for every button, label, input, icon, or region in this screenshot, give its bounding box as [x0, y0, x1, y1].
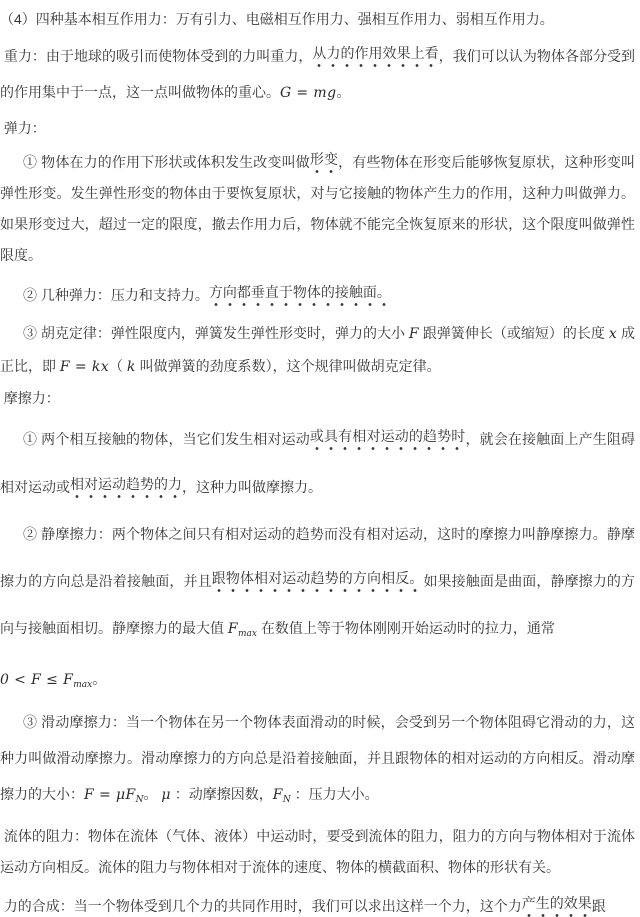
emphasized-text: 方向都垂直于物体的接触面。 — [209, 284, 391, 307]
paragraph: （4）四种基本相互作用力：万有引力、电磁相互作用力、强相互作用力、弱相互作用力。 — [0, 4, 635, 34]
formula: F = μFN — [84, 787, 143, 803]
text-run: 4、摩擦力： — [0, 390, 60, 406]
text-run: ① 物体在力的作用下形状或体积发生改变叫做 — [23, 154, 310, 170]
emphasized-text: 或具有相对运动的趋势时 — [310, 428, 466, 451]
paragraph: 5、流体的阻力：物体在流体（气体、液体）中运动时，要受到流体的阻力，阻力的方向与… — [0, 821, 635, 883]
formula: 0 < F ≤ Fmax — [0, 672, 92, 688]
text-run: 跟 — [592, 898, 606, 914]
emphasized-text: 产生的效果 — [522, 895, 592, 917]
paragraph: ① 物体在力的作用下形状或体积发生改变叫做形变，有些物体在形变后能够恢复原状，这… — [0, 147, 635, 271]
text-run: （4）四种基本相互作用力：万有引力、电磁相互作用力、强相互作用力、弱相互作用力。 — [0, 11, 554, 27]
paragraph: ② 静摩擦力：两个物体之间只有相对运动的趋势而没有相对运动，这时的摩擦力叫静摩擦… — [0, 511, 635, 655]
text-run: 2、重力：由于地球的吸引而使物体受到的力叫重力， — [0, 48, 312, 64]
emphasized-text: 跟物体相对运动趋势的方向相反。 — [212, 570, 424, 593]
formula: k — [127, 359, 136, 375]
paragraph: ② 几种弹力：压力和支持力。方向都垂直于物体的接触面。 — [0, 277, 635, 313]
formula: G = mg — [280, 85, 336, 101]
paragraph: ③ 滑动摩擦力：当一个物体在另一个物体表面滑动的时候，会受到另一个物体阻碍它滑动… — [0, 704, 635, 815]
document-body: （4）四种基本相互作用力：万有引力、电磁相互作用力、强相互作用力、弱相互作用力。… — [0, 0, 640, 917]
emphasized-text: 形变 — [310, 151, 338, 174]
paragraph: 0 < F ≤ Fmax。 — [0, 659, 635, 702]
paragraph: 2、重力：由于地球的吸引而使物体受到的力叫重力，从力的作用效果上看，我们可以认为… — [0, 38, 635, 111]
formula: F — [409, 326, 419, 342]
formula: x — [609, 326, 617, 342]
formula: F = kx — [60, 359, 109, 375]
text-run: 3、弹力： — [0, 120, 46, 136]
page: { "page": { "background": "#ffffff", "te… — [0, 0, 640, 917]
text-run: 6、力的合成：当一个物体受到几个力的共同作用时，我们可以求出这样一个力，这个力 — [0, 898, 522, 914]
formula: μ — [161, 787, 171, 803]
text-run: （ — [109, 358, 127, 374]
emphasized-text: 从力的作用效果上看 — [312, 45, 438, 68]
text-run: 叫做弹簧的劲度系数），这个规律叫做胡克定律。 — [136, 358, 441, 374]
text-run: 5、流体的阻力：物体在流体（气体、液体）中运动时，要受到流体的阻力，阻力的方向与… — [0, 828, 635, 875]
text-run: ② 几种弹力：压力和支持力。 — [23, 287, 209, 303]
paragraph: ① 两个相互接触的物体，当它们发生相对运动或具有相对运动的趋势时，就会在接触面上… — [0, 415, 635, 511]
formula: FN — [273, 787, 291, 803]
text-run: 。 — [143, 786, 161, 802]
paragraph: 3、弹力： — [0, 113, 635, 143]
text-run: 跟弹簧伸长（或缩短）的长度 — [419, 325, 609, 341]
text-run: 。 — [336, 84, 350, 100]
text-run: ：压力大小。 — [291, 786, 379, 802]
emphasized-text: 相对运动趋势的力 — [70, 476, 182, 499]
paragraph: ③ 胡克定律：弹性限度内，弹簧发生弹性形变时，弹力的大小 F 跟弹簧伸长（或缩短… — [0, 317, 635, 383]
text-run: ① 两个相互接触的物体，当它们发生相对运动 — [23, 431, 310, 447]
text-run: ，这种力叫做摩擦力。 — [182, 479, 322, 495]
paragraph: 4、摩擦力： — [0, 383, 635, 413]
paragraph: 6、力的合成：当一个物体受到几个力的共同作用时，我们可以求出这样一个力，这个力产… — [0, 887, 635, 917]
text-run: ：动摩擦因数， — [171, 786, 273, 802]
text-run: 。 — [92, 671, 106, 687]
text-run: 在数值上等于物体刚刚开始运动时的拉力，通常 — [257, 620, 555, 636]
formula: Fmax — [228, 621, 257, 637]
text-run: ③ 胡克定律：弹性限度内，弹簧发生弹性形变时，弹力的大小 — [23, 325, 409, 341]
